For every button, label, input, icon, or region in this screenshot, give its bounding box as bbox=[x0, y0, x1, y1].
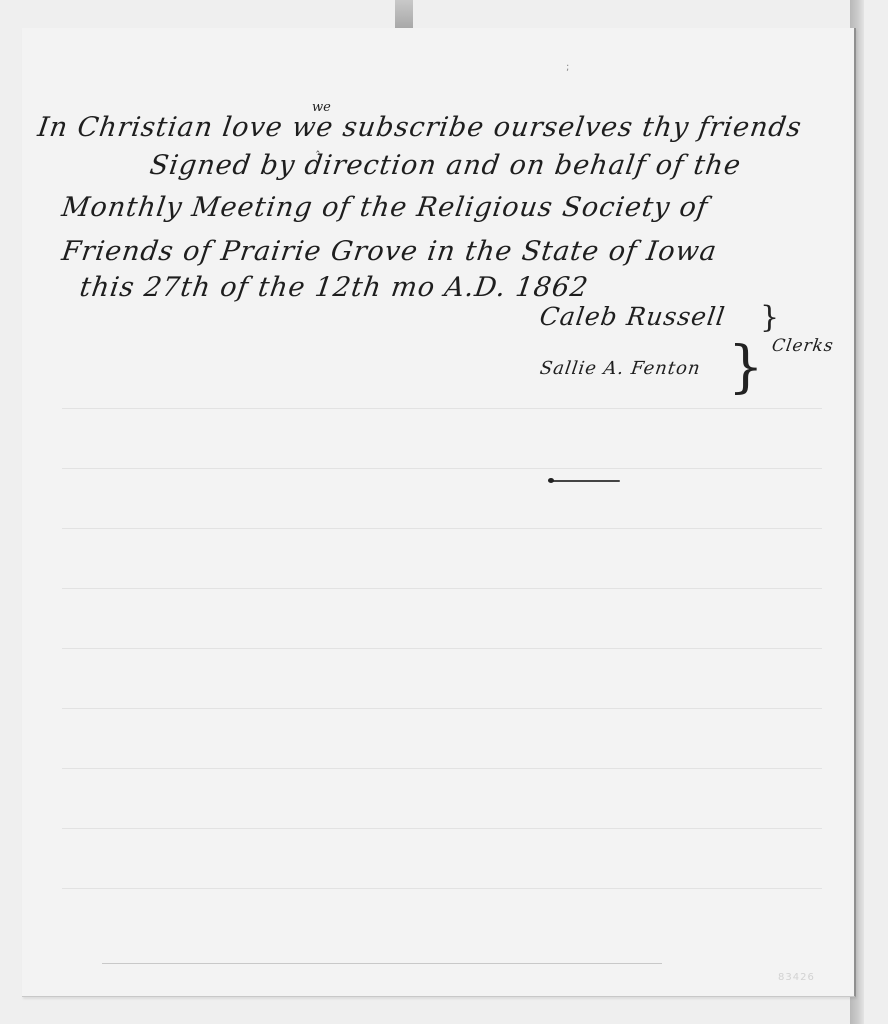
letter-line-2: Signed by direction and on behalf of the bbox=[148, 150, 743, 181]
signature-role-label: Clerks bbox=[771, 336, 835, 356]
letter-line-4: Friends of Prairie Grove in the State of… bbox=[60, 236, 719, 267]
bleed-through-line bbox=[102, 963, 662, 964]
closing-flourish bbox=[550, 480, 620, 482]
bleed-through-line bbox=[62, 888, 822, 889]
archive-stamp: 83426 bbox=[778, 972, 815, 983]
signature-caleb-russell: Caleb Russell bbox=[538, 302, 727, 331]
bleed-through-line bbox=[62, 768, 822, 769]
signature-brace-top: } bbox=[760, 300, 779, 335]
bleed-through-line bbox=[62, 408, 822, 409]
signature-sallie-fenton: Sallie A. Fenton bbox=[539, 358, 703, 379]
letter-line-3: Monthly Meeting of the Religious Society… bbox=[60, 192, 710, 223]
signature-brace-bottom: } bbox=[728, 340, 764, 396]
corner-mark: ; bbox=[566, 62, 569, 73]
bleed-through-line bbox=[62, 708, 822, 709]
binding-shadow bbox=[395, 0, 413, 28]
bleed-through-line bbox=[62, 468, 822, 469]
bleed-through-line bbox=[62, 588, 822, 589]
bleed-through-line bbox=[62, 828, 822, 829]
letter-line-1: In Christian love we subscribe ourselves… bbox=[36, 112, 804, 143]
bleed-through-line bbox=[62, 528, 822, 529]
letter-line-5: this 27th of the 12th mo A.D. 1862 bbox=[78, 272, 591, 303]
bleed-through-line bbox=[62, 648, 822, 649]
